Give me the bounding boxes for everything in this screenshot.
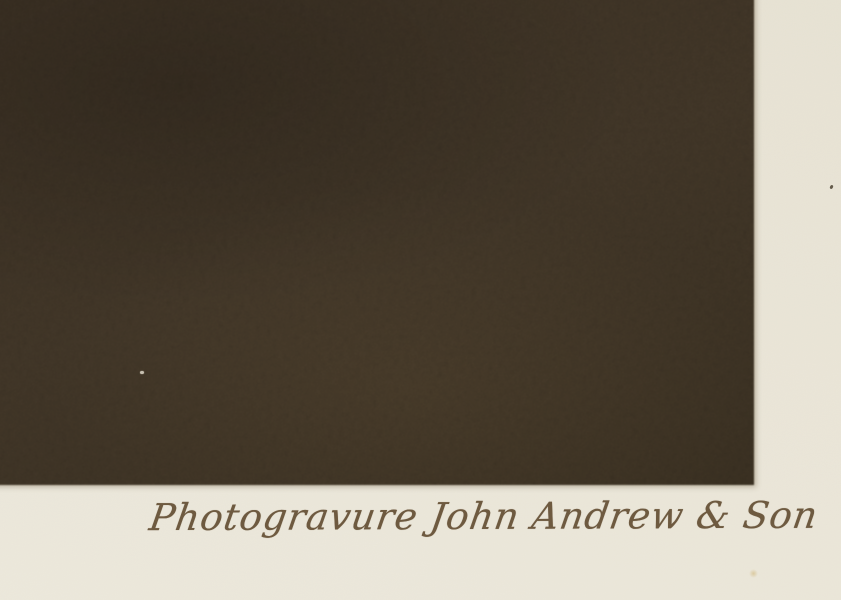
faint-stain-spot bbox=[749, 569, 758, 578]
dark-dust-speck bbox=[829, 185, 833, 190]
printer-credit-script: Photogravure John Andrew & Son bbox=[147, 496, 766, 539]
plate-grain-texture bbox=[0, 0, 754, 485]
plate-mottling-texture bbox=[0, 0, 754, 485]
photogravure-plate bbox=[0, 0, 754, 485]
photogravure-print-photo: Photogravure John Andrew & Son bbox=[0, 0, 841, 600]
white-dust-speck bbox=[140, 371, 144, 374]
